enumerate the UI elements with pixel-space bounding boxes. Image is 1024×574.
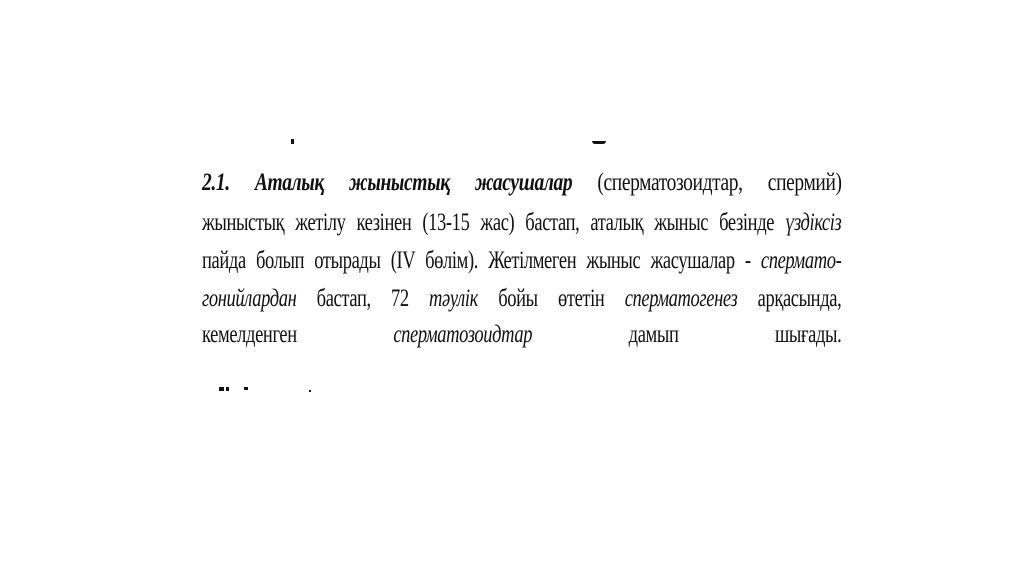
scan-speck	[592, 141, 606, 144]
text-line-1: 2.1. Аталық жыныстық жасушалар (спермато…	[202, 168, 842, 198]
scanned-page: 2.1. Аталық жыныстық жасушалар (спермато…	[0, 0, 1024, 574]
text-line-3: пайда болып отырады (IV бөлім). Жетілмег…	[202, 246, 841, 276]
text-line-2: жыныстық жетілу кезінен (13-15 жас) баст…	[202, 208, 841, 238]
scan-speck	[244, 387, 248, 390]
text-line-4: гонийлардан бастап, 72 тәулік бойы өтеті…	[202, 284, 841, 314]
scan-speck	[291, 139, 294, 144]
scan-speck	[226, 387, 229, 391]
scan-speck	[219, 387, 224, 391]
text-line-5: кемелденген сперматозоидтар дамып шығады…	[202, 320, 841, 350]
scan-speck	[309, 390, 311, 392]
section-heading: 2.1. Аталық жыныстық жасушалар	[202, 169, 572, 196]
